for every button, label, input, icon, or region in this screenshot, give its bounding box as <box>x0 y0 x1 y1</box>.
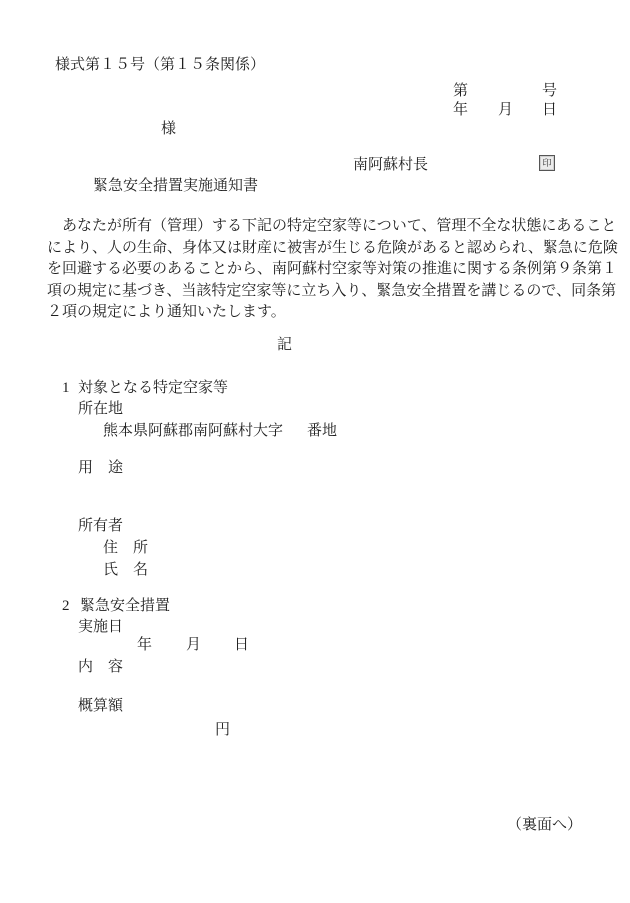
section1-heading: 対象となる特定空家等 <box>78 379 228 397</box>
body-line: を回避する必要のあることから、南阿蘇村空家等対策の推進に関する条例第９条第１ <box>47 259 592 281</box>
owner-name-label: 氏 名 <box>103 561 148 579</box>
sender-name: 南阿蘇村長 <box>353 156 428 174</box>
doc-number-suffix: 号 <box>542 82 557 100</box>
yen-label: 円 <box>215 721 230 739</box>
location-value-suffix: 番地 <box>307 422 337 440</box>
body-line: により、人の生命、身体又は財産に被害が生じる危険があると認められ、緊急に危険 <box>47 238 592 260</box>
body-line: あなたが所有（管理）する下記の特定空家等について、管理不全な状態にあること <box>47 216 592 238</box>
use-label: 用 途 <box>78 459 123 477</box>
date-year-label: 年 <box>453 101 468 119</box>
footer-note: （裏面へ） <box>507 816 582 834</box>
date-day-label: 日 <box>542 101 557 119</box>
body-line: ２項の規定により通知いたします。 <box>47 302 592 324</box>
body-line: 項の規定に基づき、当該特定空家等に立ち入り、緊急安全措置を講じるので、同条第 <box>47 281 592 303</box>
form-number: 様式第１５号（第１５条関係） <box>55 56 265 74</box>
seal-mark: 印 <box>539 155 555 171</box>
date-month-label: 月 <box>498 101 513 119</box>
owner-label: 所有者 <box>78 517 123 535</box>
section2-heading: 緊急安全措置 <box>80 597 170 615</box>
impl-year-label: 年 <box>137 636 152 654</box>
location-label: 所在地 <box>78 400 123 418</box>
impl-month-label: 月 <box>186 636 201 654</box>
content-label: 内 容 <box>78 658 123 676</box>
addressee-honorific: 様 <box>161 120 176 138</box>
doc-number-prefix: 第 <box>453 82 468 100</box>
document-page: 様式第１５号（第１５条関係） 第 号 年 月 日 様 南阿蘇村長 印 緊急安全措… <box>0 0 630 903</box>
impl-day-label: 日 <box>234 636 249 654</box>
document-title: 緊急安全措置実施通知書 <box>93 177 258 195</box>
body-paragraph: あなたが所有（管理）する下記の特定空家等について、管理不全な状態にあること によ… <box>47 216 592 324</box>
location-value-prefix: 熊本県阿蘇郡南阿蘇村大字 <box>103 422 283 440</box>
section1-number: 1 <box>62 379 70 397</box>
section2-number: 2 <box>62 597 70 615</box>
estimate-label: 概算額 <box>78 697 123 715</box>
ki-marker: 記 <box>277 336 292 354</box>
owner-address-label: 住 所 <box>103 539 148 557</box>
impl-date-label: 実施日 <box>78 618 123 636</box>
